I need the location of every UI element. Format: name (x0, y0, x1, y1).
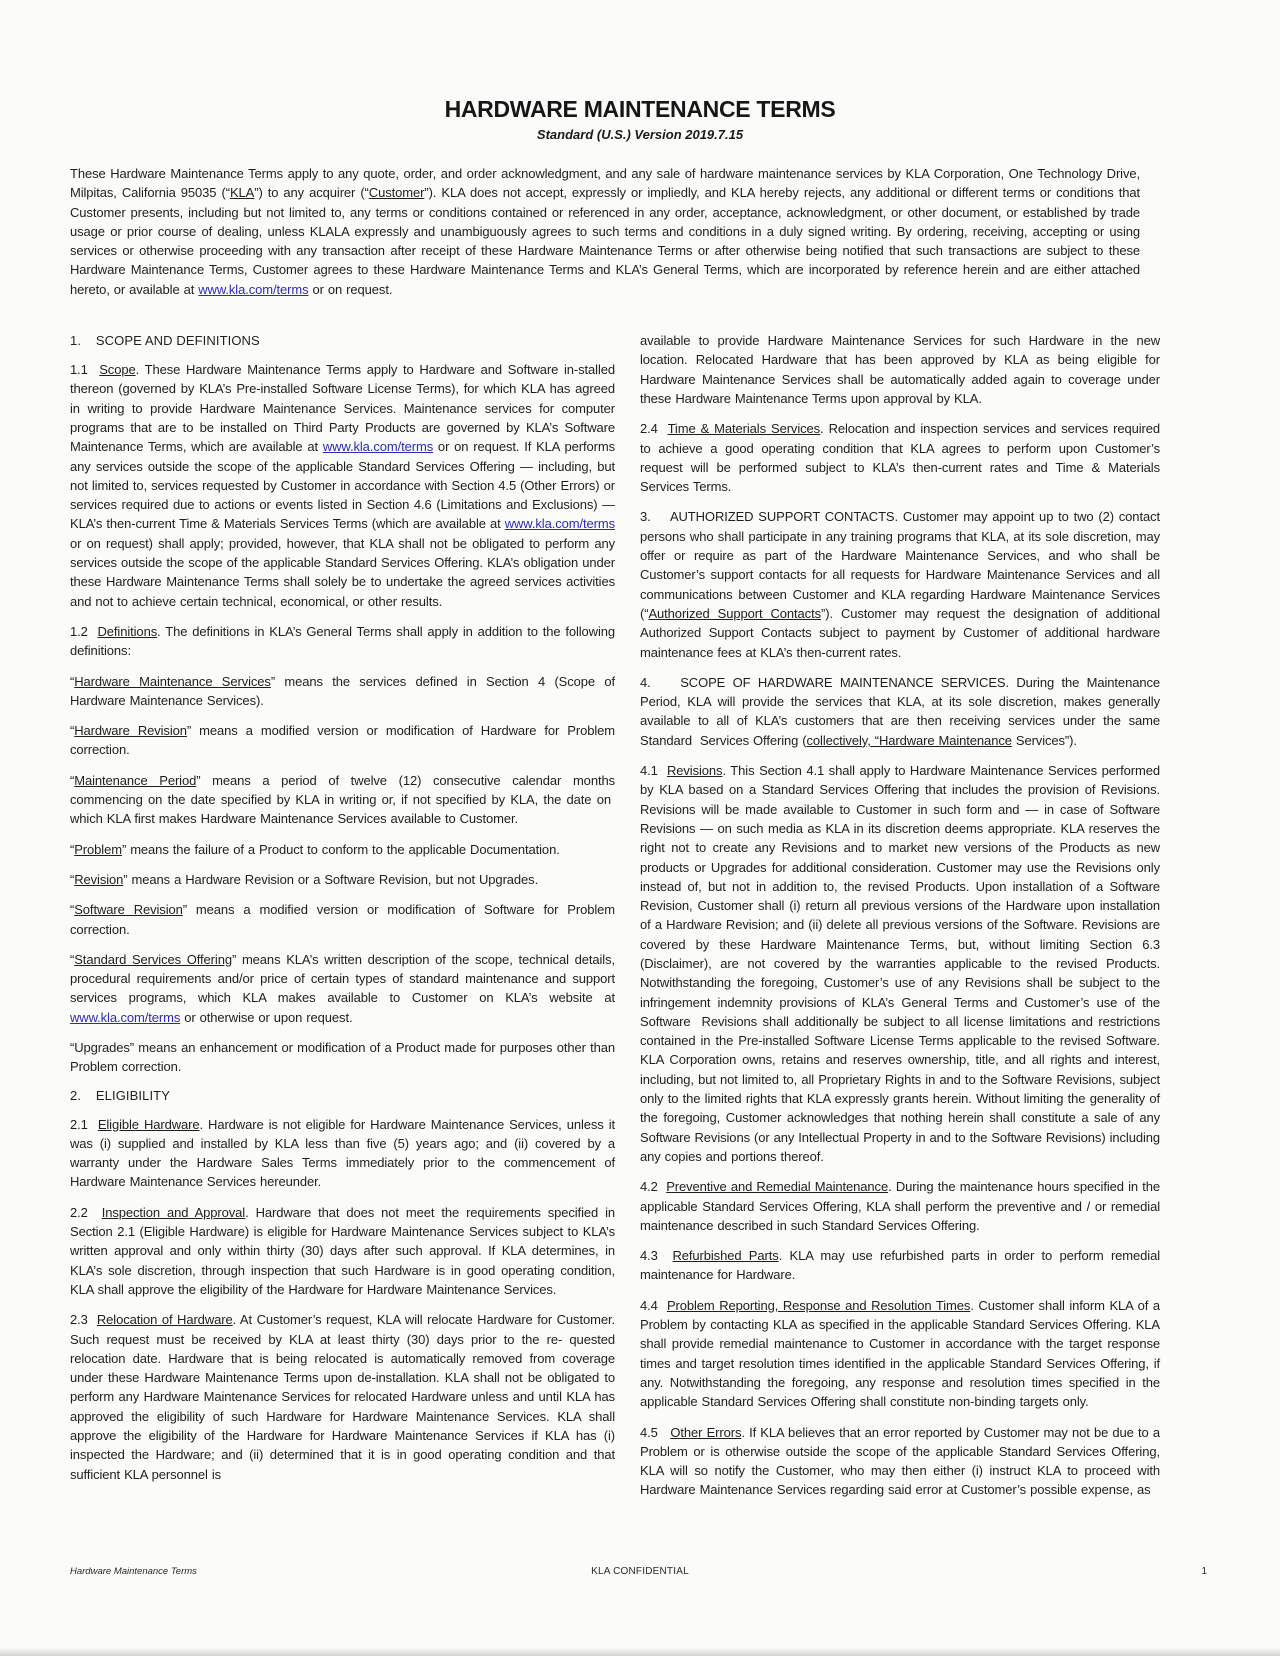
paragraph: 4.3 Refurbished Parts. KLA may use refur… (640, 1246, 1160, 1285)
page-title: HARDWARE MAINTENANCE TERMS (0, 0, 1280, 123)
paragraph: “Maintenance Period” means a period of t… (70, 771, 615, 829)
defined-term: Preventive and Remedial Maintenance (666, 1179, 888, 1194)
footer-confidential-label: KLA CONFIDENTIAL (591, 1566, 689, 1577)
paragraph: “Revision” means a Hardware Revision or … (70, 870, 615, 889)
defined-term: Revision (74, 872, 123, 887)
paragraph: 2.3 Relocation of Hardware. At Customer’… (70, 1310, 615, 1484)
section-heading: 1. SCOPE AND DEFINITIONS (70, 333, 615, 348)
defined-term: collectively, “Hardware Maintenance (807, 733, 1012, 748)
paragraph: 4. SCOPE OF HARDWARE MAINTENANCE SERVICE… (640, 673, 1160, 750)
defined-term: Hardware Revision (74, 723, 187, 738)
paragraph: 1.1 Scope. These Hardware Maintenance Te… (70, 360, 615, 611)
defined-term: Revisions (667, 763, 722, 778)
paragraph: available to provide Hardware Maintenanc… (640, 331, 1160, 408)
text-run: 2. ELIGIBILITY (70, 1088, 170, 1103)
text-run: 2.2 (70, 1205, 102, 1220)
paragraph: 4.5 Other Errors. If KLA believes that a… (640, 1423, 1160, 1500)
text-run: 4.2 (640, 1179, 666, 1194)
text-run: or on request) shall apply; provided, ho… (70, 536, 615, 609)
text-run: 3. AUTHORIZED SUPPORT CONTACTS. Customer… (640, 509, 1160, 620)
text-run: . At Customer’s request, KLA will reloca… (70, 1312, 615, 1481)
text-run: ” means a Hardware Revision or a Softwar… (123, 872, 538, 887)
defined-term: Inspection and Approval (102, 1205, 245, 1220)
footer-page-number: 1 (1201, 1566, 1207, 1577)
page-subtitle: Standard (U.S.) Version 2019.7.15 (0, 127, 1280, 142)
paragraph: 4.1 Revisions. This Section 4.1 shall ap… (640, 761, 1160, 1166)
scan-edge-artifact (0, 1648, 1280, 1656)
paragraph: 4.4 Problem Reporting, Response and Reso… (640, 1296, 1160, 1412)
link-kla-terms[interactable]: www.kla.com/terms (70, 1010, 180, 1025)
text-run: 4.3 (640, 1248, 672, 1263)
text-run: . This Section 4.1 shall apply to Hardwa… (640, 763, 1160, 1164)
text-run: 1. SCOPE AND DEFINITIONS (70, 333, 260, 348)
paragraph: “Hardware Maintenance Services” means th… (70, 672, 615, 711)
document-page: HARDWARE MAINTENANCE TERMS Standard (U.S… (0, 0, 1280, 1656)
text-run: or on request. (309, 282, 393, 297)
page-footer: Hardware Maintenance Terms KLA CONFIDENT… (70, 1566, 1210, 1582)
defined-term: Problem Reporting, Response and Resoluti… (667, 1298, 970, 1313)
defined-term: Software Revision (74, 902, 183, 917)
text-run: 4.5 (640, 1425, 670, 1440)
text-run: 2.4 (640, 421, 668, 436)
text-run: 4.4 (640, 1298, 667, 1313)
intro-paragraph: These Hardware Maintenance Terms apply t… (70, 164, 1140, 299)
footer-document-name: Hardware Maintenance Terms (70, 1566, 197, 1577)
paragraph: “Software Revision” means a modified ver… (70, 900, 615, 939)
paragraph: 2.4 Time & Materials Services. Relocatio… (640, 419, 1160, 496)
link-kla-terms[interactable]: www.kla.com/terms (505, 516, 615, 531)
text-run: “Upgrades” means an enhancement or modif… (70, 1040, 615, 1074)
defined-term: Eligible Hardware (98, 1117, 200, 1132)
defined-term: Standard Services Offering (74, 952, 232, 967)
paragraph: “Problem” means the failure of a Product… (70, 840, 615, 859)
paragraph: 3. AUTHORIZED SUPPORT CONTACTS. Customer… (640, 507, 1160, 661)
link-kla-terms[interactable]: www.kla.com/terms (198, 282, 308, 297)
defined-term: Problem (74, 842, 122, 857)
text-run: 1.1 (70, 362, 99, 377)
defined-term: Customer (369, 185, 425, 200)
text-run: Services”). (1012, 733, 1077, 748)
text-run: ”) to any acquirer (“ (254, 185, 369, 200)
text-run: 2.3 (70, 1312, 97, 1327)
left-column: 1. SCOPE AND DEFINITIONS1.1 Scope. These… (70, 331, 615, 1511)
defined-term: Refurbished Parts (672, 1248, 778, 1263)
paragraph: “Hardware Revision” means a modified ver… (70, 721, 615, 760)
defined-term: Maintenance Period (74, 773, 196, 788)
link-kla-terms[interactable]: www.kla.com/terms (323, 439, 433, 454)
text-run: ”). KLA does not accept, expressly or im… (70, 185, 1140, 296)
text-run: . Customer shall inform KLA of a Problem… (640, 1298, 1160, 1409)
defined-term: Scope (99, 362, 135, 377)
defined-term: Hardware Maintenance Services (74, 674, 271, 689)
text-run: 2.1 (70, 1117, 98, 1132)
defined-term: Other Errors (670, 1425, 741, 1440)
defined-term: Definitions (98, 624, 158, 639)
text-run: 1.2 (70, 624, 98, 639)
defined-term: Time & Materials Services (668, 421, 820, 436)
paragraph: 2.1 Eligible Hardware. Hardware is not e… (70, 1115, 615, 1192)
defined-term: Relocation of Hardware (97, 1312, 233, 1327)
text-run: ” means the failure of a Product to conf… (122, 842, 560, 857)
text-run: or otherwise or upon request. (180, 1010, 352, 1025)
paragraph: 2.2 Inspection and Approval. Hardware th… (70, 1203, 615, 1299)
paragraph: “Upgrades” means an enhancement or modif… (70, 1038, 615, 1077)
paragraph: 1.2 Definitions. The definitions in KLA’… (70, 622, 615, 661)
two-column-body: 1. SCOPE AND DEFINITIONS1.1 Scope. These… (70, 331, 1210, 1511)
section-heading: 2. ELIGIBILITY (70, 1088, 615, 1103)
defined-term: KLA (230, 185, 254, 200)
text-run: available to provide Hardware Maintenanc… (640, 333, 1160, 406)
paragraph: “Standard Services Offering” means KLA’s… (70, 950, 615, 1027)
paragraph: 4.2 Preventive and Remedial Maintenance.… (640, 1177, 1160, 1235)
defined-term: Authorized Support Contacts (648, 606, 821, 621)
text-run: 4.1 (640, 763, 667, 778)
right-column: available to provide Hardware Maintenanc… (640, 331, 1160, 1511)
